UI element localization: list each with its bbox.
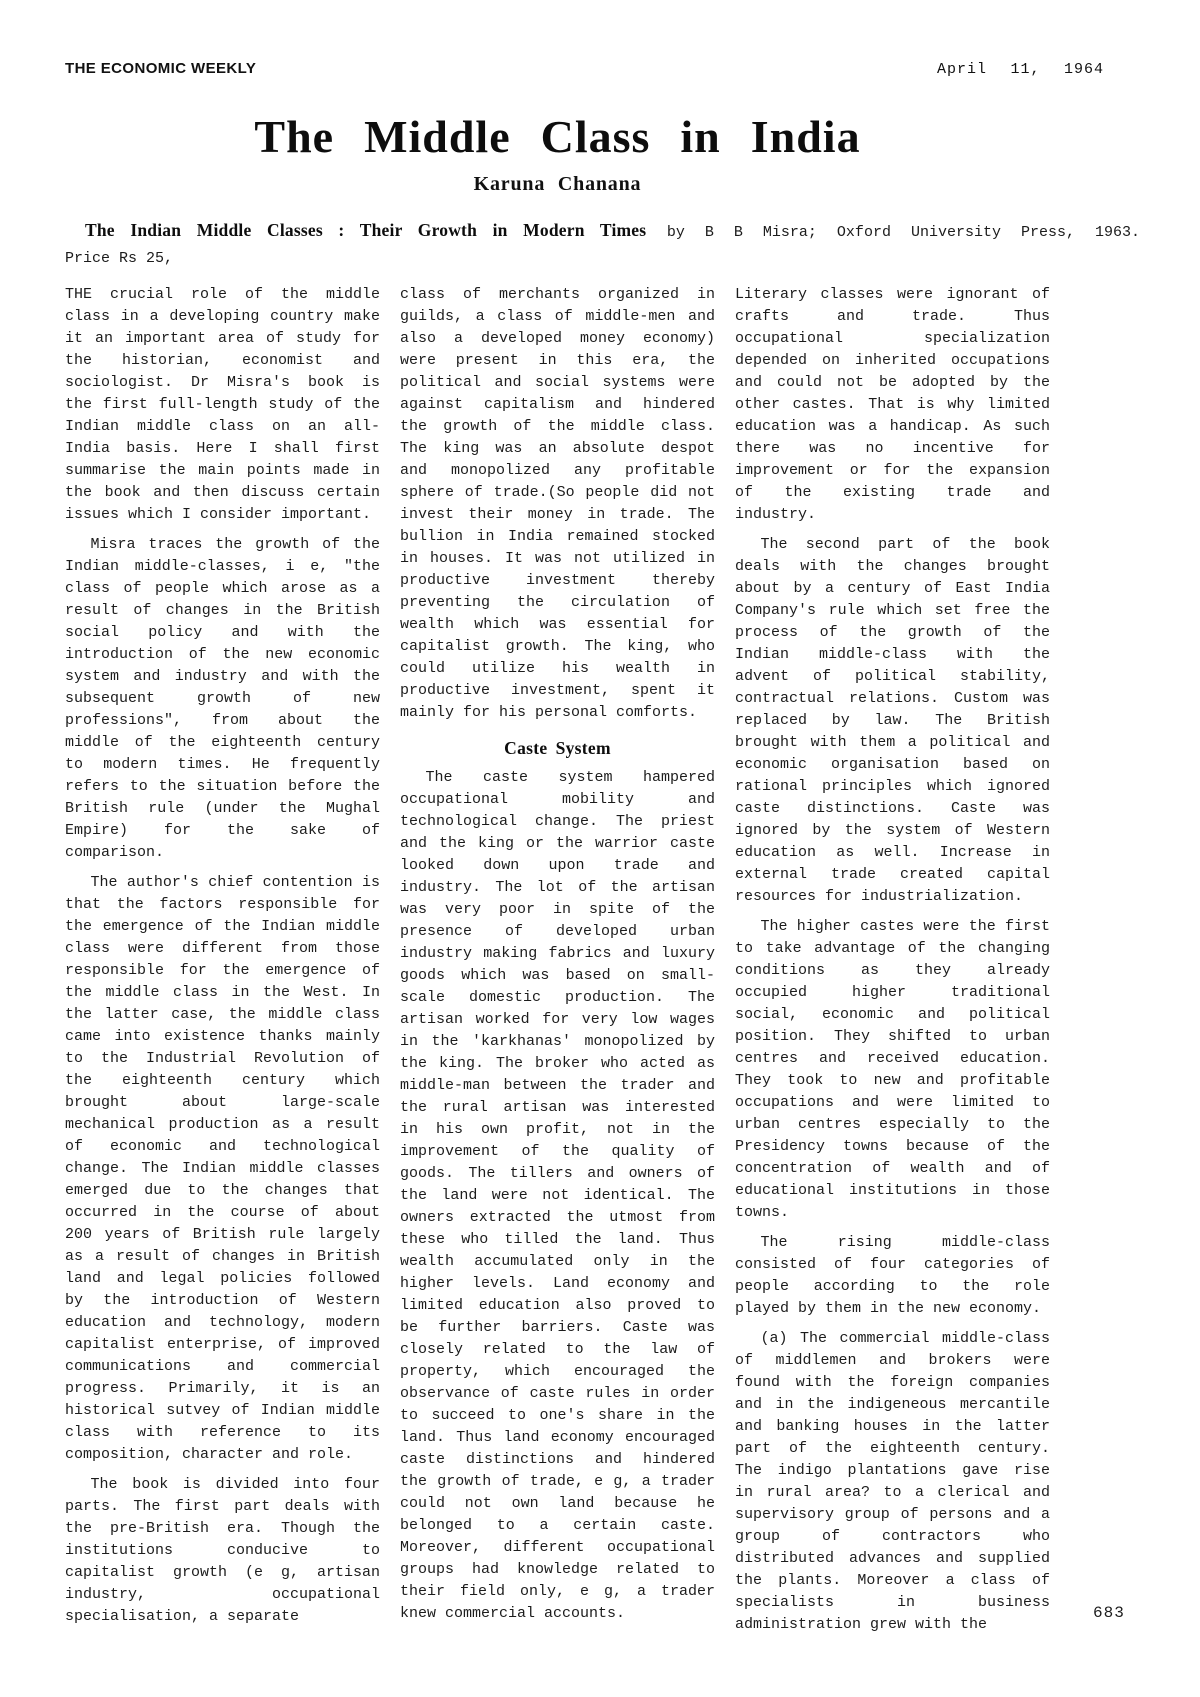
citation-price: Price Rs 25, <box>65 247 1140 271</box>
body-paragraph: (a) The commercial middle-class of middl… <box>735 1328 1050 1636</box>
author-byline: Karuna Chanana <box>65 173 1050 196</box>
article-title: The Middle Class in India <box>65 112 1050 163</box>
text-column-3: Literary classes were ignorant of crafts… <box>735 284 1050 1636</box>
body-paragraph: The higher castes were the first to take… <box>735 916 1050 1224</box>
citation-line: The Indian Middle Classes : Their Growth… <box>65 218 1140 245</box>
body-paragraph: Misra traces the growth of the Indian mi… <box>65 534 380 864</box>
issue-date: April 11, 1964 <box>937 61 1104 78</box>
body-paragraph: The book is divided into four parts. The… <box>65 1474 380 1628</box>
text-column-1: THE crucial role of the middle class in … <box>65 284 380 1636</box>
body-paragraph: The rising middle-class consisted of fou… <box>735 1232 1050 1320</box>
body-paragraph: THE crucial role of the middle class in … <box>65 284 380 526</box>
body-paragraph: The second part of the book deals with t… <box>735 534 1050 908</box>
section-heading-caste-system: Caste System <box>400 738 715 759</box>
journal-page: THE ECONOMIC WEEKLY April 11, 1964 The M… <box>0 0 1200 1697</box>
text-column-2: class of merchants organized in guilds, … <box>400 284 715 1636</box>
book-citation: The Indian Middle Classes : Their Growth… <box>65 218 1140 271</box>
citation-book-title: The Indian Middle Classes : Their Growth… <box>85 220 646 240</box>
article-body: THE crucial role of the middle class in … <box>65 284 1050 1636</box>
body-paragraph: Literary classes were ignorant of crafts… <box>735 284 1050 526</box>
title-block: The Middle Class in India Karuna Chanana <box>65 112 1050 196</box>
body-paragraph: The caste system hampered occupational m… <box>400 767 715 1625</box>
page-number: 683 <box>1093 1604 1125 1622</box>
body-paragraph: class of merchants organized in guilds, … <box>400 284 715 724</box>
masthead-text: THE ECONOMIC WEEKLY <box>65 60 256 77</box>
citation-publisher: by B B Misra; Oxford University Press, 1… <box>667 224 1140 241</box>
body-paragraph: The author's chief contention is that th… <box>65 872 380 1466</box>
page-header: THE ECONOMIC WEEKLY April 11, 1964 <box>65 60 1140 78</box>
